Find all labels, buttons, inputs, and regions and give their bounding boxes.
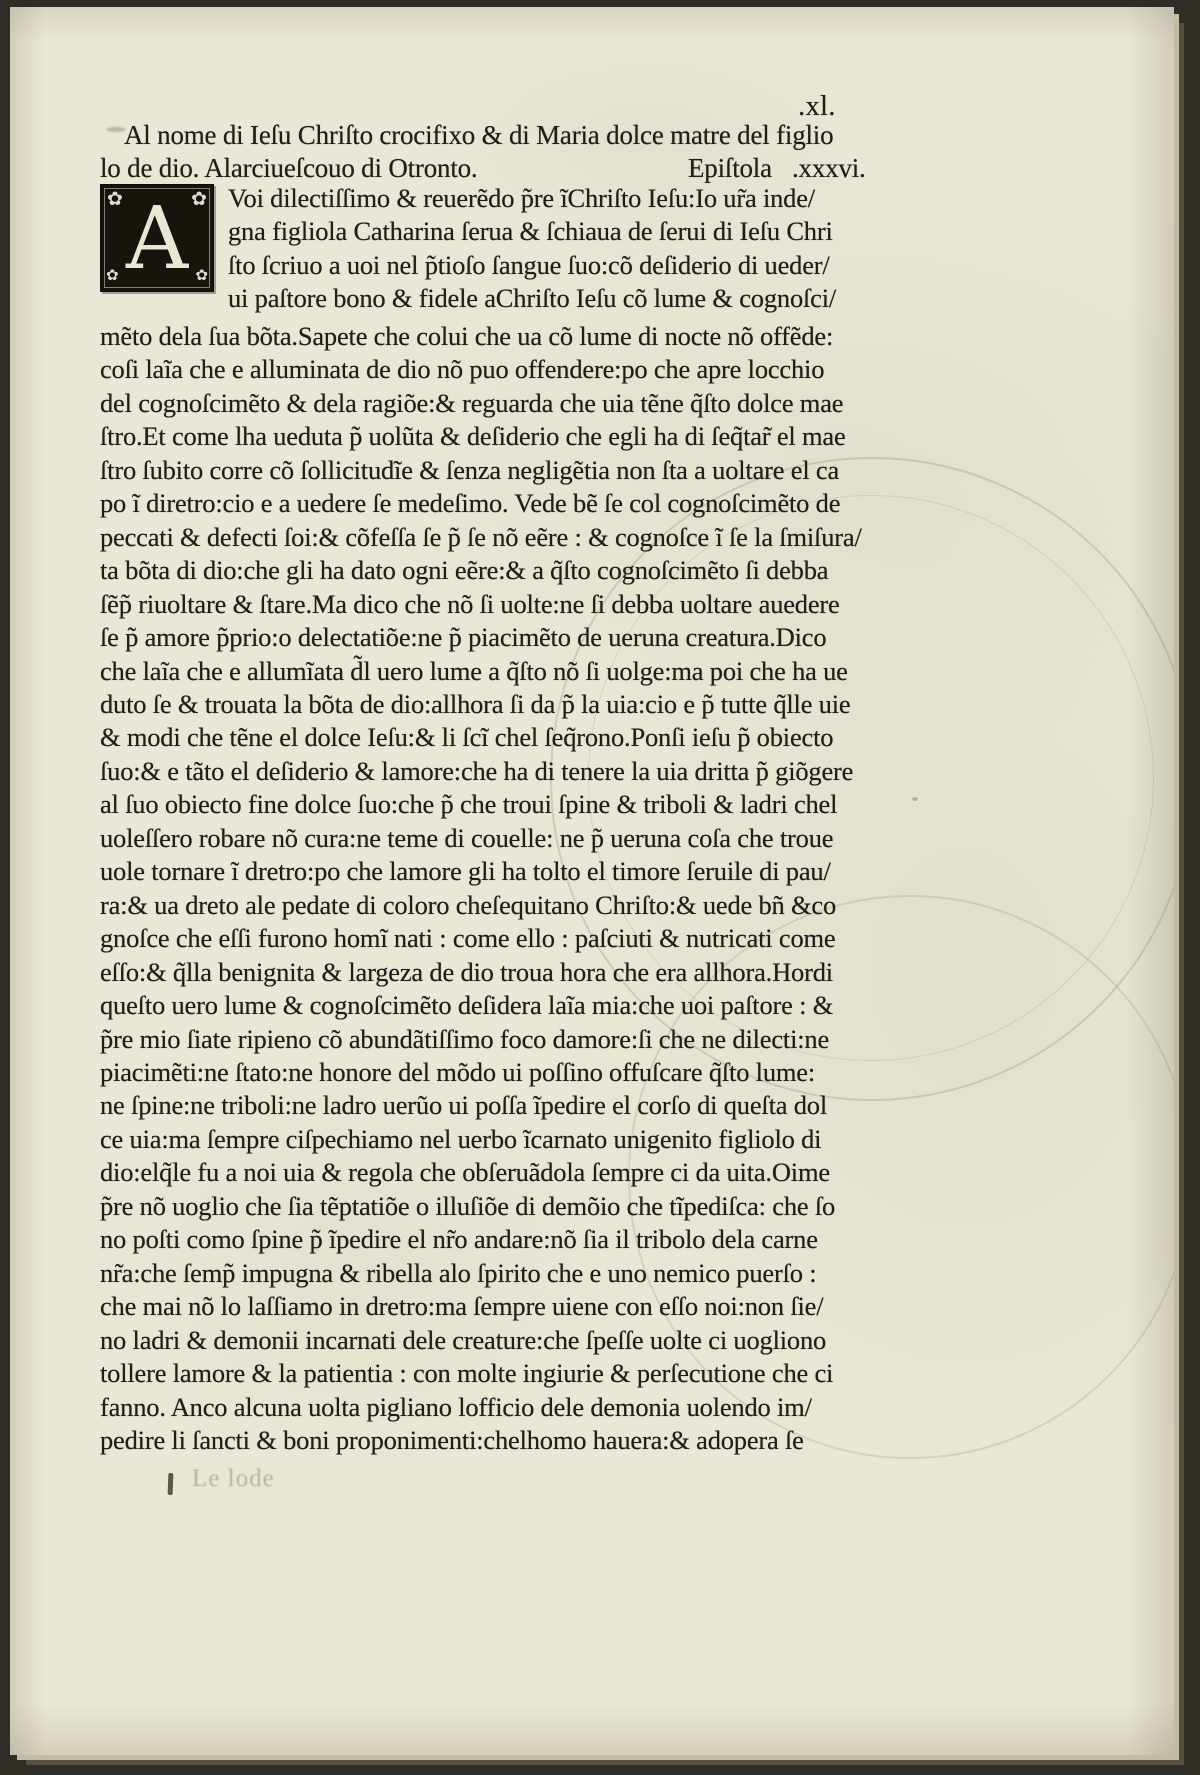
text-line: gnoſce che eſſi furono homĩ nati : come … [100, 922, 862, 955]
epistola-number: .xxxvi. [792, 152, 866, 185]
paper-speck [912, 797, 918, 801]
text-line: ſuo:& e tãto el deſiderio & lamore:che h… [100, 755, 862, 788]
text-line: duto ſe & trouata la bõta de dio:allhora… [100, 688, 862, 721]
text-line: ra:& ua dreto ale pedate di coloro cheſe… [100, 889, 862, 922]
text-line: ſẽp̃ riuoltare & ſtare.Ma dico che nõ ſi… [100, 588, 862, 621]
text-line: piacimẽti:ne ſtato:ne honore del mõdo ui… [100, 1056, 862, 1089]
showthrough-text: Le lode [192, 1465, 275, 1493]
text-line: mẽto dela ſua bõta.Sapete che colui che … [100, 320, 862, 353]
text-line: ne ſpine:ne triboli:ne ladro uerũo ui po… [100, 1089, 862, 1122]
text-line: nr̃a:che ſemp̃ impugna & ribella alo ſpi… [100, 1257, 862, 1290]
text-line: ſe p̃ amore p̃prio:o delectatiõe:ne p̃ p… [100, 621, 862, 654]
text-line: dio:elq̃le fu a noi uia & regola che obſ… [100, 1156, 862, 1189]
book-page: .xl. Al nome di Ieſu Chriſto crocifixo &… [10, 7, 1174, 1755]
opening-lines: Voi dilectiſſimo & reuerẽdo p̃re ĩChriſt… [228, 182, 836, 316]
text-line: eſſo:& q̃lla benignita & largeza de dio … [100, 956, 862, 989]
text-line: ſto ſcriuo a uoi nel p̃tioſo ſangue ſuo:… [228, 249, 836, 282]
text-line: peccati & defecti ſoi:& cõfeſſa ſe p̃ ſe… [100, 521, 862, 554]
text-line: po ĩ diretro:cio e a uedere ſe medeſimo.… [100, 487, 862, 520]
text-line: no poſti como ſpine p̃ ĩpedire el nr̃o a… [100, 1223, 862, 1256]
heading-line-2-text: lo de dio. Alarciueſcouo di Otronto. [100, 153, 477, 183]
text-line: queſto uero lume & cognoſcimẽto deſidera… [100, 989, 862, 1022]
text-line: ſtro.Et come lha ueduta p̃ uolũta & deſi… [100, 420, 862, 453]
text-line: Voi dilectiſſimo & reuerẽdo p̃re ĩChriſt… [228, 182, 836, 215]
drop-cap-initial: A [105, 191, 209, 287]
epistola-label: Epiſtola [688, 152, 772, 185]
heading-line-1: Al nome di Ieſu Chriſto crocifixo & di M… [100, 119, 1035, 152]
text-line: p̃re mio ſiate ripieno cõ abundãtiſſimo … [100, 1023, 862, 1056]
text-line: ui paſtore bono & fidele aChriſto Ieſu c… [228, 282, 836, 315]
text-line: del cognoſcimẽto & dela ragiõe:& reguard… [100, 387, 862, 420]
text-line: gna figliola Catharina ſerua & ſchiaua d… [228, 215, 836, 248]
text-line: coſi laĩa che e alluminata de dio nõ puo… [100, 353, 862, 386]
drop-cap-frame: ✿ ✿ ✿ ✿ A [104, 188, 210, 288]
text-line: & modi che tẽne el dolce Ieſu:& li ſcĩ c… [100, 721, 862, 754]
text-line: tollere lamore & la patientia : con molt… [100, 1357, 862, 1390]
heading-line-2: lo de dio. Alarciueſcouo di Otronto. Epi… [100, 152, 1035, 185]
woodcut-drop-cap: ✿ ✿ ✿ ✿ A [100, 184, 214, 292]
chapter-heading: Al nome di Ieſu Chriſto crocifixo & di M… [100, 119, 1035, 185]
text-line: che laĩa che e allumĩata d̃l uero lume a… [100, 655, 862, 688]
ink-mark [168, 1473, 174, 1495]
paper-speck [106, 127, 126, 132]
text-line: no ladri & demonii incarnati dele creatu… [100, 1324, 862, 1357]
text-line: pedire li ſancti & boni proponimenti:che… [100, 1424, 862, 1457]
text-line: p̃re nõ uoglio che ſia tẽptatiõe o illuſ… [100, 1190, 862, 1223]
text-line: uoleſſero robare nõ cura:ne teme di coue… [100, 822, 862, 855]
text-line: che mai nõ lo laſſiamo in dretro:ma ſemp… [100, 1290, 862, 1323]
text-line: fanno. Anco alcuna uolta pigliano loffic… [100, 1391, 862, 1424]
text-line: ſtro ſubito corre cõ ſollicitudĩe & ſenz… [100, 454, 862, 487]
text-line: al ſuo obiecto fine dolce ſuo:che p̃ che… [100, 788, 862, 821]
text-line: ce uia:ma ſempre ciſpechiamo nel uerbo ĩ… [100, 1123, 862, 1156]
body-text: mẽto dela ſua bõta.Sapete che colui che … [100, 320, 862, 1457]
text-line: uole tornare ĩ dretro:po che lamore gli … [100, 855, 862, 888]
text-line: ta bõta di dio:che gli ha dato ogni eẽre… [100, 554, 862, 587]
